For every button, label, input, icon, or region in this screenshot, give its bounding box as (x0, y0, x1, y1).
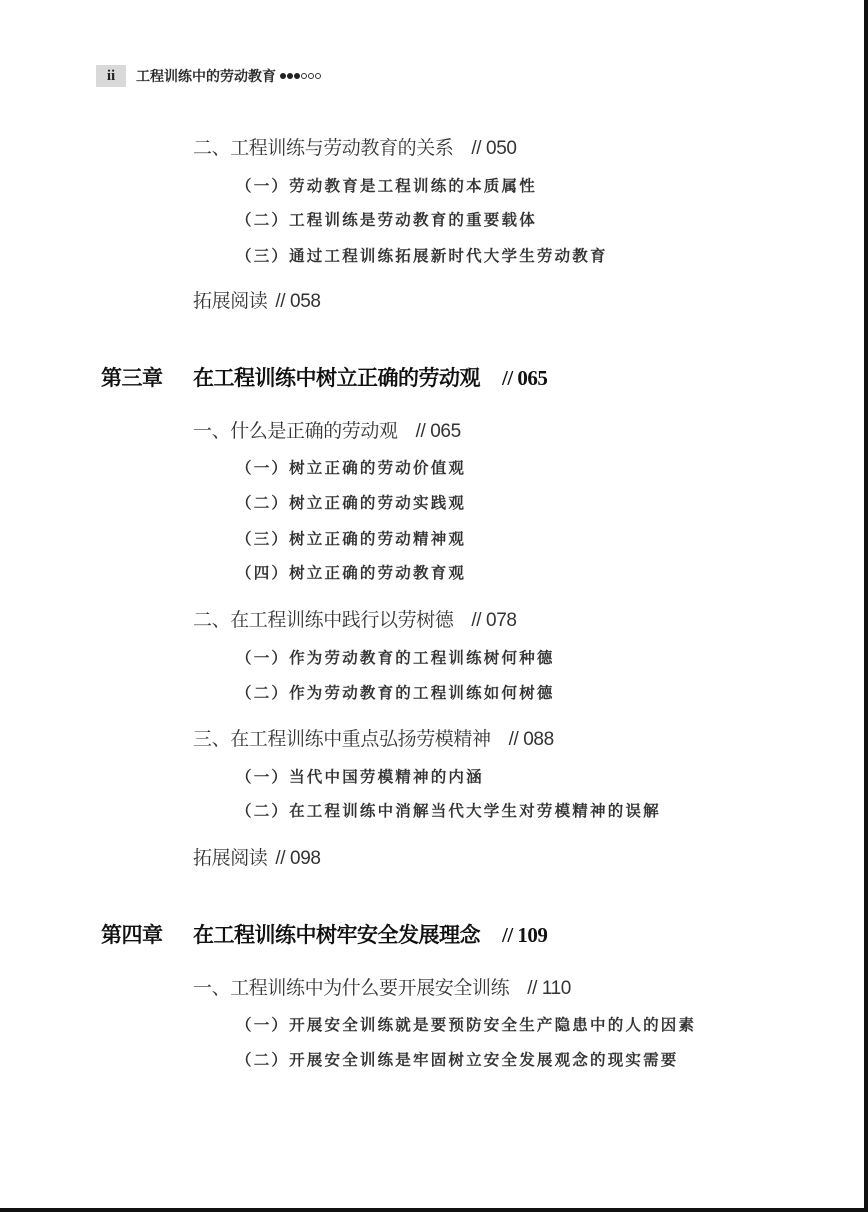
entry-title: 拓展阅读 (193, 290, 267, 312)
toc-reading-entry: 拓展阅读// 098 (193, 843, 321, 870)
entry-title: （一）树立正确的劳动价值观 (236, 458, 466, 477)
entry-page-number: // 088 (509, 729, 554, 750)
entry-title: 二、工程训练与劳动教育的关系 (193, 137, 453, 159)
page-number-box: ii (96, 65, 126, 87)
running-header: ii 工程训练中的劳动教育 (96, 65, 321, 87)
toc-sub-entry: （一）开展安全训练就是要预防安全生产隐患中的人的因素 (236, 1013, 696, 1035)
toc-reading-entry: 拓展阅读// 058 (193, 286, 321, 313)
entry-title: （一）当代中国劳模精神的内涵 (236, 767, 484, 786)
toc-sub-entry: （二）作为劳动教育的工程训练如何树德 (236, 681, 555, 703)
hollow-dot-icon (308, 73, 314, 79)
entry-page-number: // 065 (416, 421, 461, 442)
entry-page-number: // 065 (502, 366, 547, 390)
entry-title: （二）树立正确的劳动实践观 (236, 493, 466, 512)
entry-title: （三）树立正确的劳动精神观 (236, 529, 466, 548)
entry-title: 一、工程训练中为什么要开展安全训练 (193, 977, 509, 999)
toc-sub-entry: （四）树立正确的劳动教育观 (236, 561, 466, 583)
entry-title: 拓展阅读 (193, 847, 267, 869)
book-page: ii 工程训练中的劳动教育 二、工程训练与劳动教育的关系// 050（一）劳动教… (0, 0, 868, 1212)
toc-sub-entry: （三）树立正确的劳动精神观 (236, 527, 466, 549)
toc-section-entry: 二、工程训练与劳动教育的关系// 050 (193, 133, 517, 160)
toc-sub-entry: （一）当代中国劳模精神的内涵 (236, 765, 484, 787)
hollow-dot-icon (301, 73, 307, 79)
toc-sub-entry: （一）劳动教育是工程训练的本质属性 (236, 174, 537, 196)
entry-page-number: // 050 (471, 138, 516, 159)
chapter-number: 第四章 (101, 919, 193, 949)
toc-sub-entry: （三）通过工程训练拓展新时代大学生劳动教育 (236, 244, 608, 266)
toc-sub-entry: （一）作为劳动教育的工程训练树何种德 (236, 646, 555, 668)
toc-sub-entry: （二）在工程训练中消解当代大学生对劳模精神的误解 (236, 799, 661, 821)
entry-title: 三、在工程训练中重点弘扬劳模精神 (193, 728, 491, 750)
entry-title: （二）工程训练是劳动教育的重要载体 (236, 210, 537, 229)
filled-dot-icon (280, 73, 286, 79)
toc-chapter-entry: 第四章在工程训练中树牢安全发展理念// 109 (101, 919, 547, 949)
entry-title: （四）树立正确的劳动教育观 (236, 563, 466, 582)
running-title: 工程训练中的劳动教育 (136, 66, 276, 86)
filled-dot-icon (287, 73, 293, 79)
entry-title: （二）开展安全训练是牢固树立安全发展观念的现实需要 (236, 1050, 679, 1069)
toc-sub-entry: （一）树立正确的劳动价值观 (236, 456, 466, 478)
entry-title: （三）通过工程训练拓展新时代大学生劳动教育 (236, 246, 608, 265)
entry-title: 在工程训练中树立正确的劳动观 (193, 365, 480, 390)
entry-title: （一）作为劳动教育的工程训练树何种德 (236, 648, 555, 667)
toc-chapter-entry: 第三章在工程训练中树立正确的劳动观// 065 (101, 362, 547, 392)
entry-page-number: // 098 (275, 848, 320, 869)
entry-title: （一）开展安全训练就是要预防安全生产隐患中的人的因素 (236, 1015, 696, 1034)
decorative-dots-icon (280, 73, 321, 79)
toc-section-entry: 二、在工程训练中践行以劳树德// 078 (193, 605, 517, 632)
chapter-number: 第三章 (101, 362, 193, 392)
entry-title: （二）在工程训练中消解当代大学生对劳模精神的误解 (236, 801, 661, 820)
entry-title: 在工程训练中树牢安全发展理念 (193, 922, 480, 947)
toc-section-entry: 一、什么是正确的劳动观// 065 (193, 416, 461, 443)
filled-dot-icon (294, 73, 300, 79)
toc-section-entry: 三、在工程训练中重点弘扬劳模精神// 088 (193, 724, 554, 751)
entry-page-number: // 110 (527, 978, 571, 999)
entry-title: （一）劳动教育是工程训练的本质属性 (236, 176, 537, 195)
toc-sub-entry: （二）工程训练是劳动教育的重要载体 (236, 208, 537, 230)
hollow-dot-icon (315, 73, 321, 79)
toc-section-entry: 一、工程训练中为什么要开展安全训练// 110 (193, 973, 571, 1000)
entry-title: 一、什么是正确的劳动观 (193, 420, 398, 442)
toc-sub-entry: （二）开展安全训练是牢固树立安全发展观念的现实需要 (236, 1048, 679, 1070)
entry-title: 二、在工程训练中践行以劳树德 (193, 609, 453, 631)
entry-title: （二）作为劳动教育的工程训练如何树德 (236, 683, 555, 702)
entry-page-number: // 109 (502, 923, 547, 947)
entry-page-number: // 078 (471, 610, 516, 631)
toc-sub-entry: （二）树立正确的劳动实践观 (236, 491, 466, 513)
entry-page-number: // 058 (275, 291, 320, 312)
page-number: ii (107, 68, 115, 85)
